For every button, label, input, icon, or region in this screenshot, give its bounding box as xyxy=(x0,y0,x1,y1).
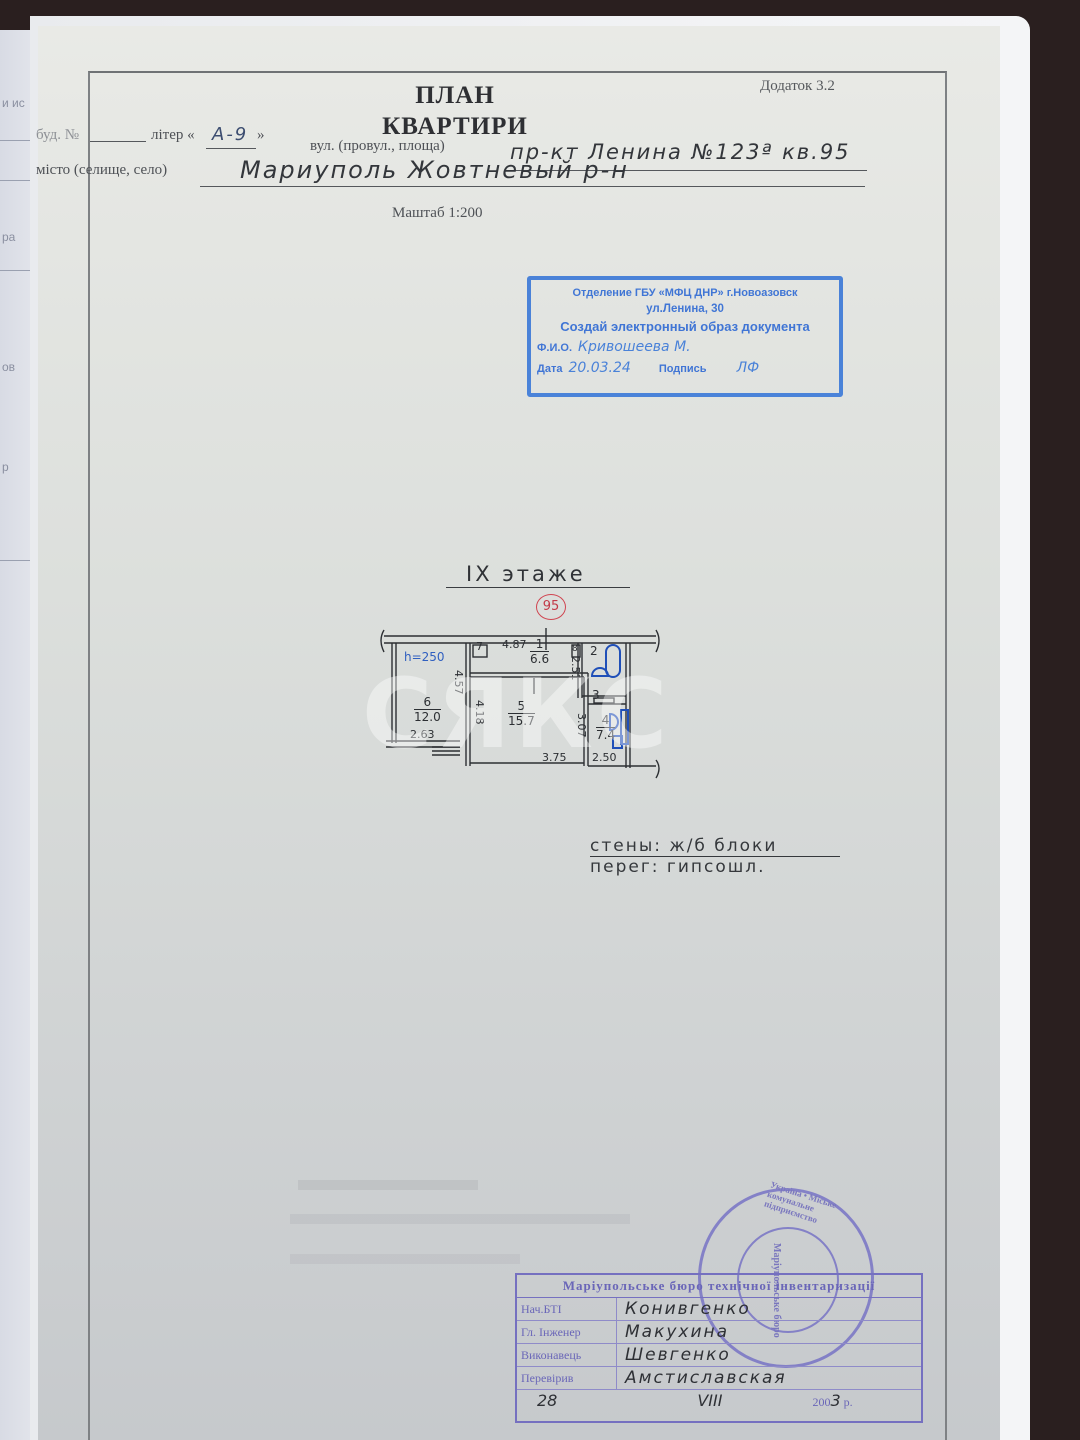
signature-value: ЛФ xyxy=(737,360,760,376)
mfc-stamp-fio-row: Ф.И.О. Кривошеева М. xyxy=(537,339,839,355)
corridor-length-dim: 4.87 xyxy=(502,638,527,651)
bti-stamp-table: Маріупольське бюро технічної інвентариза… xyxy=(515,1273,923,1423)
room-4-area: 7.4 xyxy=(596,728,615,742)
room-5-label: 515.7 xyxy=(508,700,535,728)
scale-label: Маштаб 1:200 xyxy=(392,205,483,222)
room-2-label: 2 xyxy=(590,644,598,658)
bti-row-value: Макухина xyxy=(617,1321,921,1343)
room-4-label: 47.4 xyxy=(596,714,615,742)
bti-row-label: Виконавець xyxy=(517,1344,617,1366)
date-value: 20.03.24 xyxy=(568,360,630,376)
bti-date-year-suffix: 3 xyxy=(830,1391,840,1410)
room-4-height-dim: 3.07 xyxy=(575,713,588,738)
bti-row: Перевірив Амстиславская xyxy=(517,1367,921,1390)
room-5-number: 5 xyxy=(508,700,535,714)
title-line-1: ПЛАН xyxy=(355,80,555,111)
mfc-stamp-line-3: Создай электронный образ документа xyxy=(531,319,839,334)
room-4-width-dim: 2.50 xyxy=(592,751,617,764)
bath-height-dim: 2.51 xyxy=(569,656,582,681)
bti-stamp-header: Маріупольське бюро технічної інвентариза… xyxy=(517,1275,921,1298)
city-underline xyxy=(200,186,865,187)
bti-row: Виконавець Шевгенко xyxy=(517,1344,921,1367)
bti-row: Нач.БТІ Конивгенко xyxy=(517,1298,921,1321)
underlying-text-fragment: и ис xyxy=(2,96,25,110)
walls-note-line-2: перег: гипсошл. xyxy=(590,857,840,877)
floor-label: IX этаже xyxy=(466,562,586,586)
city-label: місто (селище, село) xyxy=(36,162,167,179)
bti-row-label: Гл. Інженер xyxy=(517,1321,617,1343)
room-1-label: 16.6 xyxy=(530,638,549,666)
fio-label: Ф.И.О. xyxy=(537,342,572,354)
letter-close: » xyxy=(257,127,265,144)
closet-8-label: 8 xyxy=(572,644,578,654)
letter-label: літер « xyxy=(151,127,195,144)
bti-row-value: Конивгенко xyxy=(617,1298,921,1320)
date-label: Дата xyxy=(537,363,562,375)
room-5-width-dim: 3.75 xyxy=(542,751,567,764)
faint-text-line xyxy=(290,1254,520,1264)
apartment-number-circle: 95 xyxy=(536,594,566,620)
bti-row-label: Нач.БТІ xyxy=(517,1298,617,1320)
bti-date-year-unit: р. xyxy=(844,1395,853,1409)
room-1-number: 1 xyxy=(530,638,549,652)
fio-value: Кривошеева М. xyxy=(578,339,691,355)
letter-value: А-9 xyxy=(212,124,248,145)
room-6-area: 12.0 xyxy=(414,710,441,724)
room-6-label: 612.0 xyxy=(414,696,441,724)
street-label: вул. (провул., площа) xyxy=(310,138,445,155)
bti-date-day: 28 xyxy=(537,1390,557,1413)
walls-note-line-1: стены: ж/б блоки xyxy=(590,836,840,856)
room-6-number: 6 xyxy=(414,696,441,710)
page-title: ПЛАН КВАРТИРИ xyxy=(355,80,555,142)
bti-row-label: Перевірив xyxy=(517,1367,617,1389)
faint-text-line xyxy=(290,1214,630,1224)
bti-date-row: 28 VIII 2003 р. xyxy=(517,1390,921,1413)
mfc-stamp-line-2: ул.Ленина, 30 xyxy=(531,303,839,315)
floor-label-underline xyxy=(446,587,630,588)
room-1-area: 6.6 xyxy=(530,652,549,666)
underlying-text-fragment: р xyxy=(2,460,9,474)
underlying-text-fragment: ов xyxy=(2,360,15,374)
bti-row-value: Шевгенко xyxy=(617,1344,921,1366)
bti-row-value: Амстиславская xyxy=(617,1367,921,1389)
bti-date-year-prefix: 200 xyxy=(812,1395,830,1409)
city-value: Мариуполь Жовтневый р-н xyxy=(240,156,629,184)
addendum-label: Додаток 3.2 xyxy=(760,78,835,95)
mfc-stamp: Отделение ГБУ «МФЦ ДНР» г.Новоазовск ул.… xyxy=(527,276,843,397)
mfc-stamp-line-1: Отделение ГБУ «МФЦ ДНР» г.Новоазовск xyxy=(531,287,839,299)
bti-row: Гл. Інженер Макухина xyxy=(517,1321,921,1344)
room-5-area: 15.7 xyxy=(508,714,535,728)
house-number-blank xyxy=(90,141,146,142)
faint-text-line xyxy=(298,1180,478,1190)
underlying-text-fragment: ра xyxy=(2,230,15,244)
letter-underline xyxy=(206,148,256,149)
walls-note: стены: ж/б блоки перег: гипсошл. xyxy=(590,836,840,877)
house-number-label: буд. № xyxy=(36,127,79,144)
room-3-label: 3 xyxy=(592,688,600,702)
room-6-width: 2.63 xyxy=(410,728,435,741)
room-5-height-dim: 4.18 xyxy=(473,700,486,725)
floor-plan: h=250 612.0 2.63 4.57 7 4.87 16.6 8 4.18… xyxy=(370,618,670,778)
room-6-height-dim: 4.57 xyxy=(452,670,465,695)
room-4-number: 4 xyxy=(596,714,615,728)
signature-label: Подпись xyxy=(659,363,707,375)
bti-date-month: VIII xyxy=(697,1390,722,1413)
mfc-stamp-date-row: Дата 20.03.24 Подпись ЛФ xyxy=(537,360,839,376)
ceiling-height-note: h=250 xyxy=(404,650,445,664)
closet-7-label: 7 xyxy=(476,640,483,653)
